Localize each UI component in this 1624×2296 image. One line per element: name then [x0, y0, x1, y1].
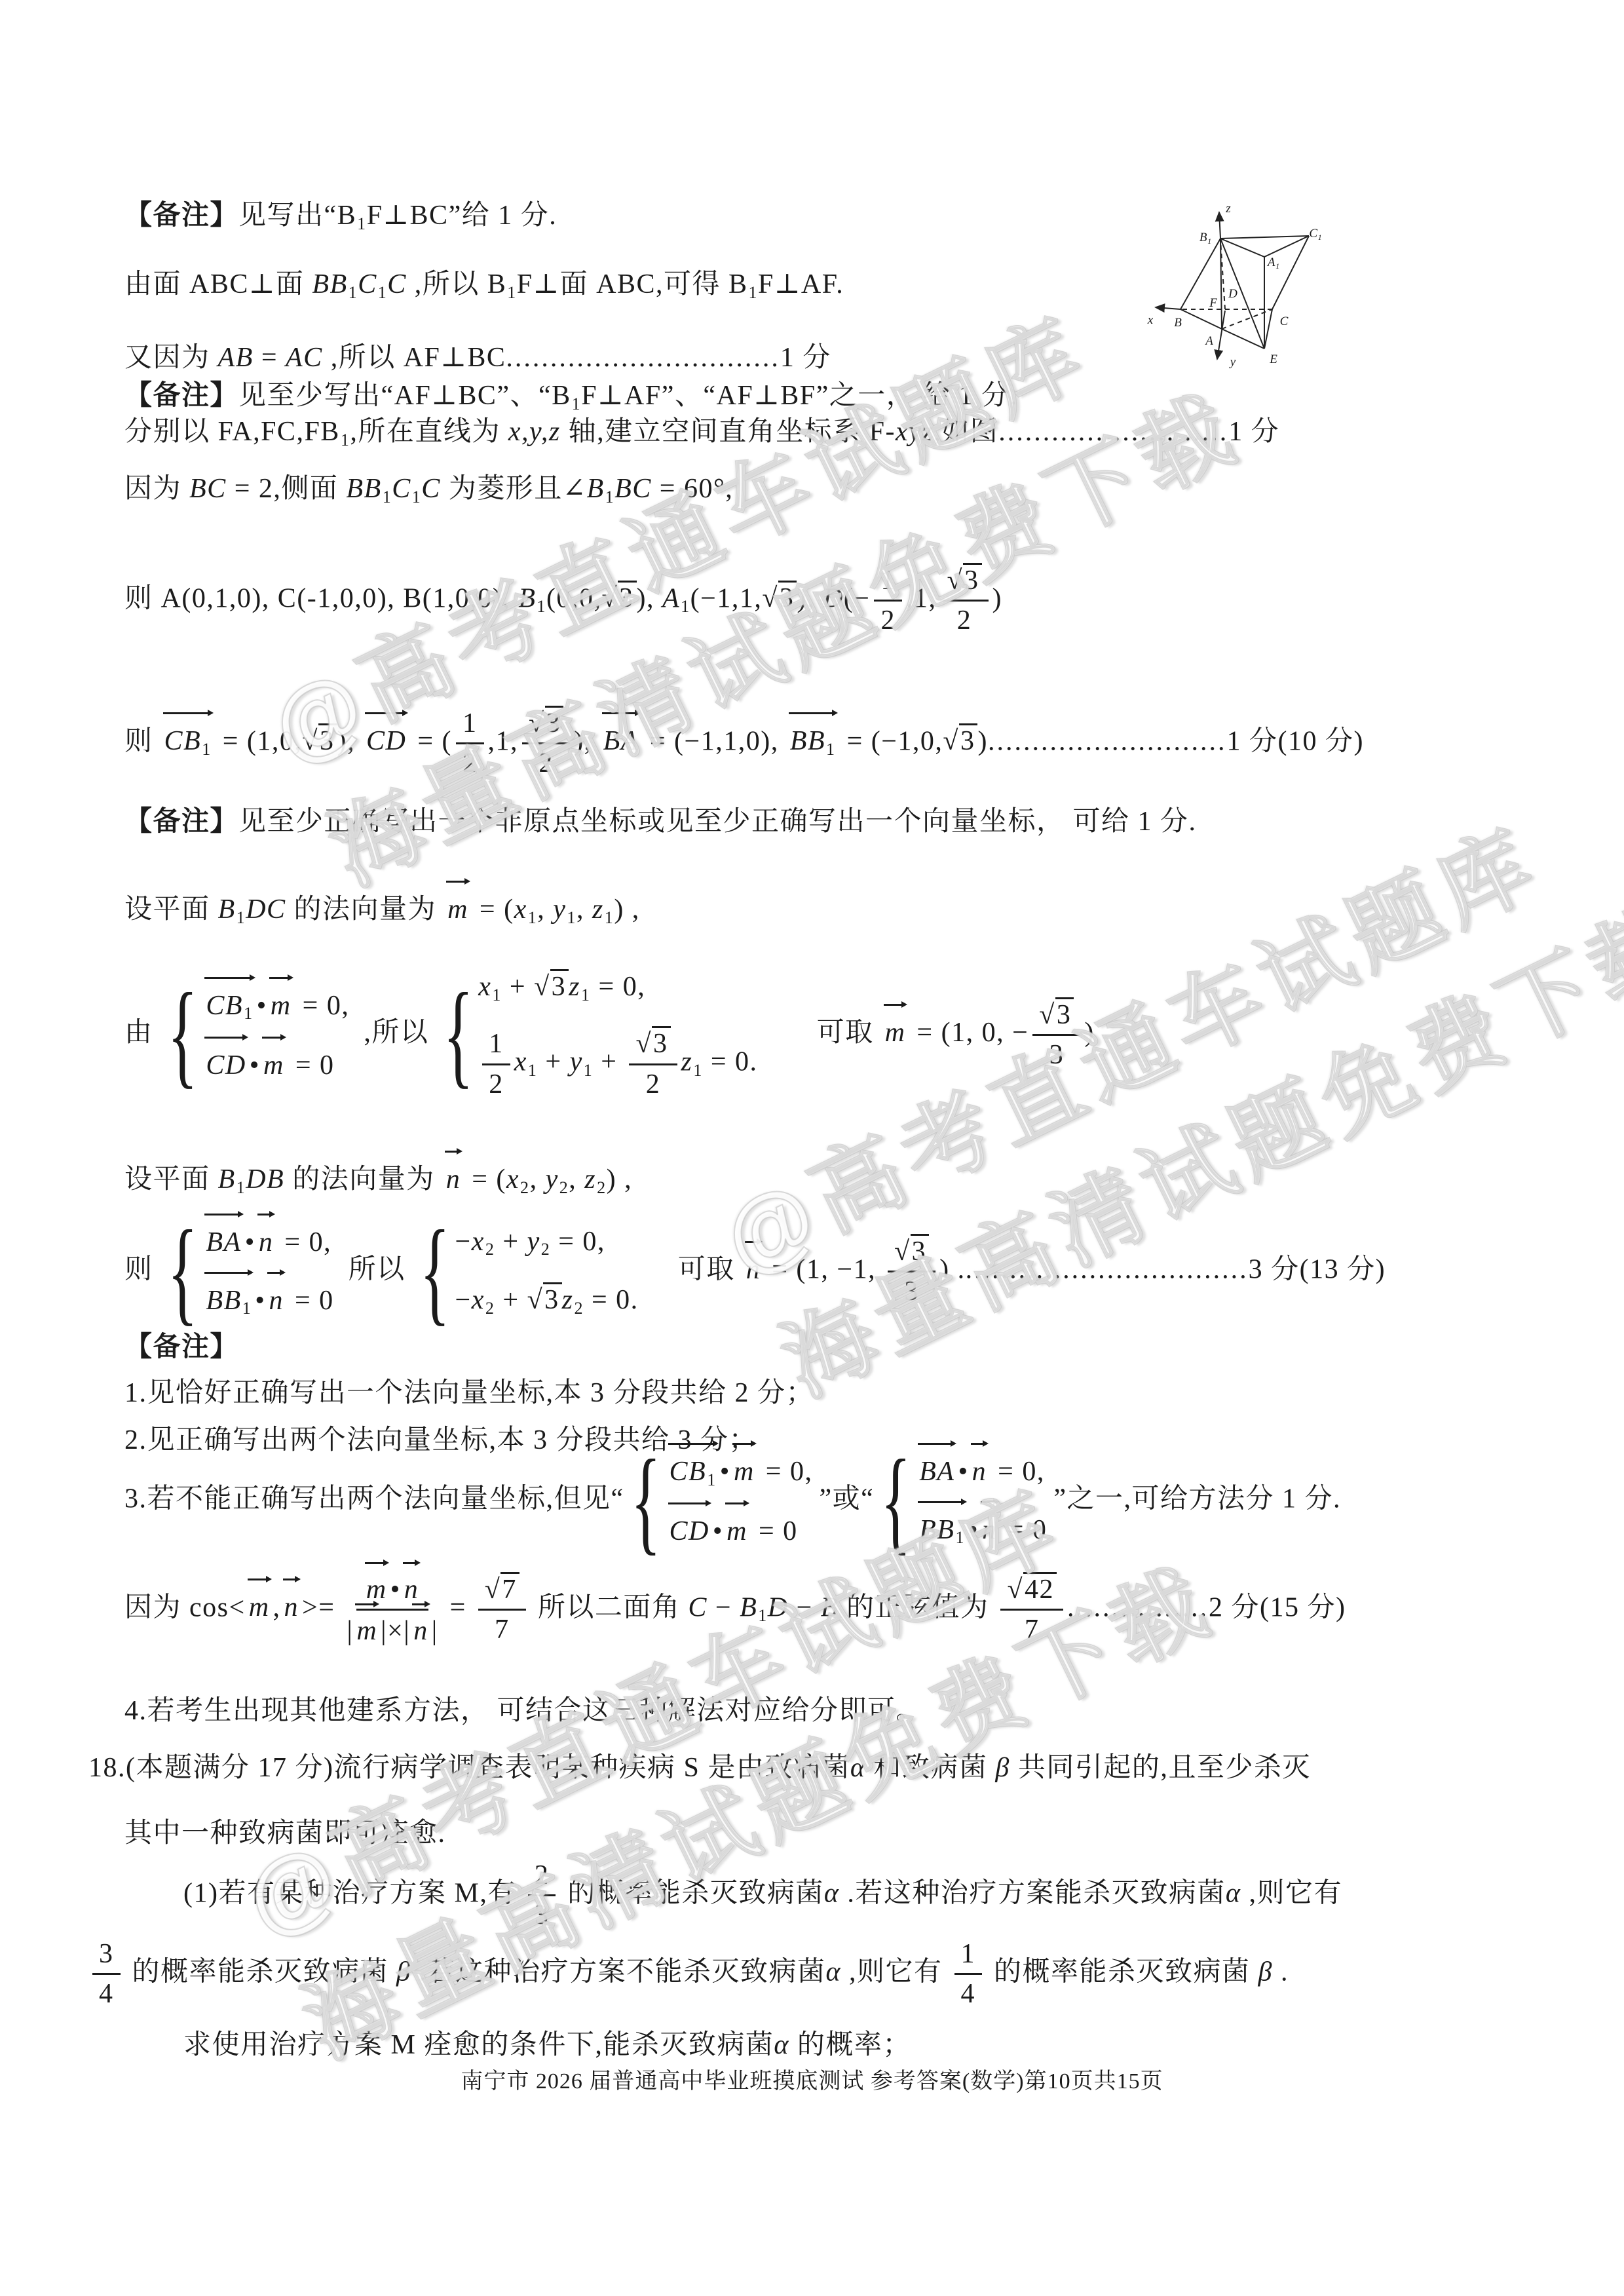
point-f-label: F	[1209, 296, 1217, 310]
line-q18-part1-ask: 求使用治疗方案 M 痊愈的条件下,能杀灭致病菌α 的概率；	[183, 2028, 911, 2063]
vertex-b-label: B	[1174, 316, 1182, 330]
line-system-n: 则 {BA•n = 0,BB1•n = 0 所以 {−x2 + y2 = 0,−…	[124, 1224, 1386, 1320]
vertex-c1-label: C₁	[1309, 227, 1321, 240]
line-q18-stem: 18.(本题满分 17 分)流行病学调查表明某种疾病 S 是由致病菌α 和致病菌…	[88, 1751, 1311, 1786]
line-af-perp-bc: 又因为 AB = AC ,所以 AF⊥BC...................…	[124, 341, 831, 375]
line-note-rule-1: 1.见恰好正确写出一个法向量坐标,本 3 分段共给 2 分；	[124, 1376, 814, 1411]
point-e-label: E	[1269, 353, 1277, 366]
watermark-line2: 海量高清试题免费下载	[760, 872, 1624, 1430]
axis-y-label: y	[1229, 355, 1236, 369]
line-q18-part1: (1)若有某种治疗方案 M,有 23 的概率能杀灭致病菌α .若这种治疗方案能杀…	[183, 1860, 1342, 1932]
line-note-b1f-bc: 【备注】见写出“B1F⊥BC”给 1 分.	[124, 199, 557, 235]
axes	[1156, 212, 1225, 359]
solid-edges	[1180, 236, 1309, 349]
line-note-rule-3: 3.若不能正确写出两个法向量坐标,但见“{CB1•m = 0,CD•m = 0”…	[124, 1453, 1341, 1549]
line-note-one-coordinate: 【备注】见至少正确写出一个非原点坐标或见至少正确写出一个向量坐标， 可给 1 分…	[124, 805, 1197, 839]
line-q18-stem-2: 其中一种致病菌即可痊愈.	[124, 1816, 446, 1851]
line-normal-m-def: 设平面 B1DC 的法向量为 m = (x1, y1, z1) ,	[124, 891, 640, 928]
line-note-header: 【备注】	[124, 1330, 238, 1365]
vertex-a-label: A	[1204, 334, 1213, 348]
axis-x-label: x	[1147, 313, 1154, 327]
diagram-labels: z B₁ C₁ A₁ D F x B C A E y	[1147, 202, 1322, 369]
vertex-c-label: C	[1280, 315, 1289, 328]
line-note-rule-4: 4.若考生出现其他建系方法， 可结合这三种解法对应给分即可。	[124, 1694, 924, 1729]
vertex-a1-label: A₁	[1266, 256, 1279, 269]
line-system-m: 由 {CB1•m = 0,CD•m = 0 ,所以 {x1 + √3z1 = 0…	[124, 970, 1095, 1100]
line-cos-dihedral: 因为 cos<m,n>= m•n|m|×|n| = √77 所以二面角 C − …	[124, 1573, 1346, 1647]
line-note-rule-2: 2.见正确写出两个法向量坐标,本 3 分段共给 3 分；	[124, 1423, 757, 1458]
page-footer: 南宁市 2026 届普通高中毕业班摸底测试 参考答案(数学)第10页共15页	[0, 2063, 1624, 2095]
answer-sheet-page: @高考直通车试题库 海量高清试题免费下载 @高考直通车试题库 海量高清试题免费下…	[0, 0, 1624, 2296]
line-vectors: 则 CB1 = (1,0,√3), CD = (12,1,√32), BA = …	[124, 708, 1364, 780]
line-normal-n-def: 设平面 B1DB 的法向量为 n = (x2, y2, z2) ,	[124, 1161, 632, 1198]
line-plane-perp: 由面 ABC⊥面 BB1C1C ,所以 B1F⊥面 ABC,可得 B1F⊥AF.	[124, 267, 844, 303]
line-bc-2-rhombus: 因为 BC = 2,侧面 BB1C1C 为菱形且∠B1BC = 60°,	[124, 472, 733, 508]
axis-z-label: z	[1225, 202, 1231, 216]
line-coordinates: 则 A(0,1,0), C(-1,0,0), B(1,0,0), B1(0,0,…	[124, 565, 1002, 637]
point-d-label: D	[1228, 287, 1237, 301]
line-note-at-least-one: 【备注】见至少写出“AF⊥BC”、“B1F⊥AF”、“AF⊥BF”之一， 给 1…	[124, 379, 1018, 415]
line-build-axes: 分别以 FA,FC,FB1,所在直线为 x,y,z 轴,建立空间直角坐标系 F-…	[124, 415, 1279, 451]
vertex-b1-label: B₁	[1199, 231, 1211, 244]
line-q18-part1-2: 34 的概率能杀灭致病菌 β .若这种治疗方案不能杀灭致病菌α ,则它有 14 …	[88, 1938, 1289, 2010]
geometry-figure: z B₁ C₁ A₁ D F x B C A E y	[1140, 191, 1356, 388]
